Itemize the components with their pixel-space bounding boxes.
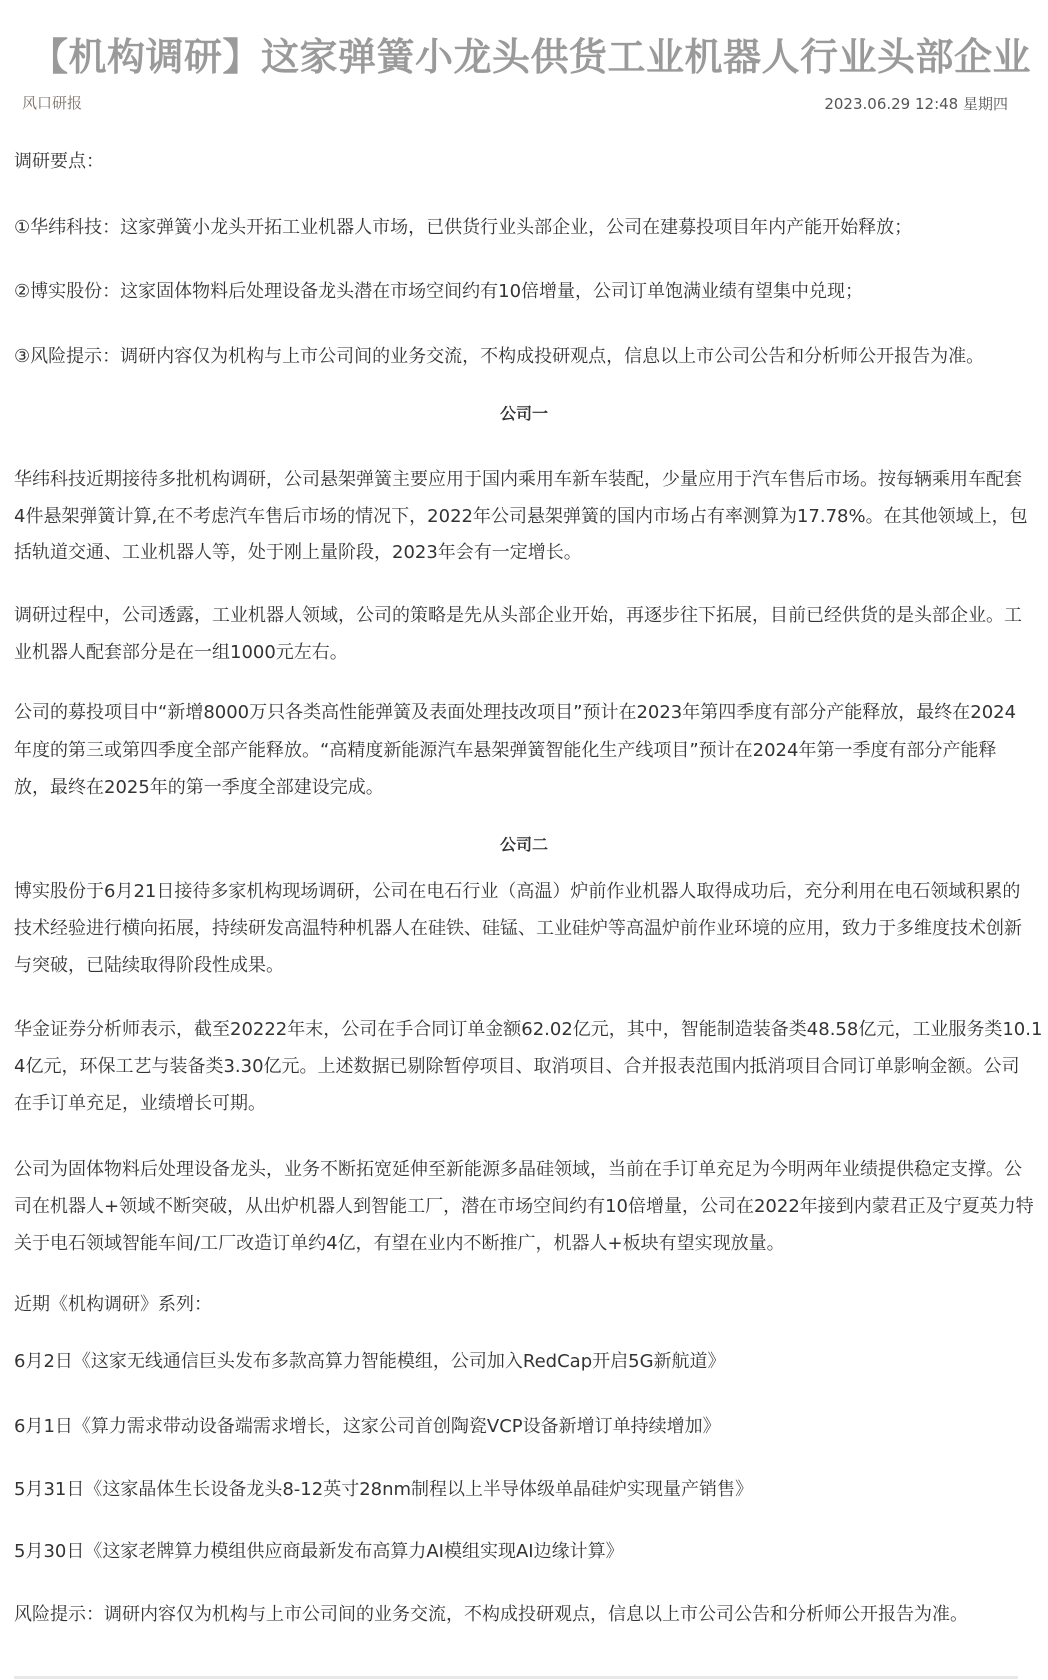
paragraph-line: 技术经验进行横向拓展，持续研发高温特种机器人在硅铁、硅锰、工业硅炉等高温炉前作业… bbox=[14, 917, 1022, 941]
paragraph-line: 关于电石领域智能车间/工厂改造订单约4亿，有望在业内不断推广，机器人+板块有望实… bbox=[14, 1232, 785, 1256]
series-label: 近期《机构调研》系列： bbox=[14, 1293, 212, 1317]
summary-point: ②博实股份：这家固体物料后处理设备龙头潜在市场空间约有10倍增量，公司订单饱满业… bbox=[14, 280, 863, 304]
paragraph-line: 4亿元，环保工艺与装备类3.30亿元。上述数据已剔除暂停项目、取消项目、合并报表… bbox=[14, 1055, 1020, 1079]
series-link[interactable]: 5月31日《这家晶体生长设备龙头8-12英寸28nm制程以上半导体级单晶硅炉实现… bbox=[14, 1478, 753, 1502]
section-heading-company2: 公司二 bbox=[0, 834, 1048, 856]
risk-disclaimer: 风险提示：调研内容仅为机构与上市公司间的业务交流，不构成投研观点，信息以上市公司… bbox=[14, 1603, 968, 1627]
footer-divider bbox=[14, 1676, 1018, 1679]
paragraph-line: 放，最终在2025年的第一季度全部建设完成。 bbox=[14, 776, 384, 800]
paragraph-line: 年度的第三或第四季度全部产能释放。“高精度新能源汽车悬架弹簧智能化生产线项目”预… bbox=[14, 739, 996, 763]
paragraph-line: 公司为固体物料后处理设备龙头，业务不断拓宽延伸至新能源多晶硅领域，当前在手订单充… bbox=[14, 1158, 1022, 1182]
summary-label: 调研要点： bbox=[14, 150, 104, 174]
section-heading-company1: 公司一 bbox=[0, 403, 1048, 425]
summary-point: ①华纬科技：这家弹簧小龙头开拓工业机器人市场，已供货行业头部企业，公司在建募投项… bbox=[14, 216, 912, 240]
paragraph-line: 司在机器人+领域不断突破，从出炉机器人到智能工厂，潜在市场空间约有10倍增量，公… bbox=[14, 1195, 1034, 1219]
article-datetime: 2023.06.29 12:48 星期四 bbox=[824, 94, 1008, 114]
paragraph-line: 与突破，已陆续取得阶段性成果。 bbox=[14, 954, 284, 978]
summary-point: ③风险提示：调研内容仅为机构与上市公司间的业务交流，不构成投研观点，信息以上市公… bbox=[14, 345, 984, 369]
paragraph-line: 在手订单充足，业绩增长可期。 bbox=[14, 1092, 266, 1116]
paragraph-line: 括轨道交通、工业机器人等，处于刚上量阶段，2023年会有一定增长。 bbox=[14, 541, 582, 565]
paragraph-line: 业机器人配套部分是在一组1000元左右。 bbox=[14, 641, 348, 665]
series-link[interactable]: 5月30日《这家老牌算力模组供应商最新发布高算力AI模组实现AI边缘计算》 bbox=[14, 1540, 624, 1564]
paragraph-line: 调研过程中，公司透露，工业机器人领域，公司的策略是先从头部企业开始，再逐步往下拓… bbox=[14, 604, 1022, 628]
paragraph-line: 博实股份于6月21日接待多家机构现场调研，公司在电石行业（高温）炉前作业机器人取… bbox=[14, 880, 1020, 904]
paragraph-line: 华纬科技近期接待多批机构调研，公司悬架弹簧主要应用于国内乘用车新车装配，少量应用… bbox=[14, 468, 1022, 492]
paragraph-line: 4件悬架弹簧计算,在不考虑汽车售后市场的情况下，2022年公司悬架弹簧的国内市场… bbox=[14, 505, 1028, 529]
paragraph-line: 华金证券分析师表示，截至20222年末，公司在手合同订单金额62.02亿元，其中… bbox=[14, 1018, 1042, 1042]
paragraph-line: 公司的募投项目中“新增8000万只各类高性能弹簧及表面处理技改项目”预计在202… bbox=[14, 701, 1016, 725]
article-source[interactable]: 风口研报 bbox=[22, 93, 82, 113]
series-link[interactable]: 6月1日《算力需求带动设备端需求增长，这家公司首创陶瓷VCP设备新增订单持续增加… bbox=[14, 1415, 721, 1439]
series-link[interactable]: 6月2日《这家无线通信巨头发布多款高算力智能模组，公司加入RedCap开启5G新… bbox=[14, 1350, 726, 1374]
article-title: 【机构调研】这家弹簧小龙头供货工业机器人行业头部企业 bbox=[30, 33, 1031, 81]
